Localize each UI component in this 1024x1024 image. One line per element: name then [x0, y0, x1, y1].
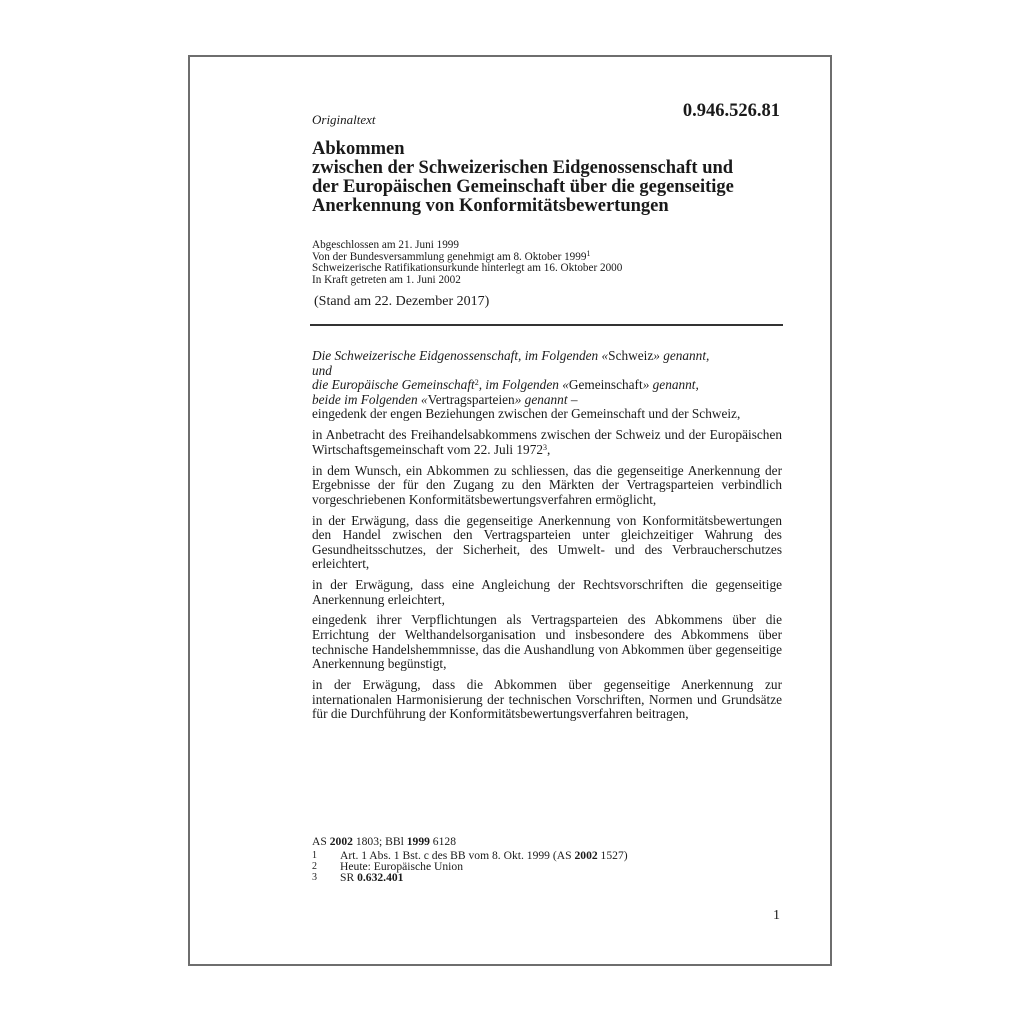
header-divider: [310, 324, 783, 326]
preamble-clause: eingedenk ihrer Verpflichtungen als Vert…: [312, 613, 782, 671]
title-line: Anerkennung von Konformitätsbewertungen: [312, 197, 734, 216]
original-text-label: Originaltext: [312, 112, 376, 128]
party-2: die Europäische Gemeinschaft2, im Folgen…: [312, 378, 782, 393]
parties-definition: beide im Folgenden «Vertragsparteien» ge…: [312, 393, 782, 408]
title-line: zwischen der Schweizerischen Eidgenossen…: [312, 159, 734, 178]
sr-number: 0.946.526.81: [683, 101, 780, 122]
and-connector: und: [312, 364, 782, 379]
title-line: der Europäischen Gemeinschaft über die g…: [312, 178, 734, 197]
preamble-clause: in der Erwägung, dass die Abkommen über …: [312, 678, 782, 722]
party-1: Die Schweizerische Eidgenossenschaft, im…: [312, 349, 782, 364]
page-number: 1: [773, 908, 780, 924]
footnotes: AS 2002 1803; BBl 1999 6128 1Art. 1 Abs.…: [312, 836, 628, 883]
source-reference: AS 2002 1803; BBl 1999 6128: [312, 836, 628, 848]
status-date: (Stand am 22. Dezember 2017): [314, 294, 489, 310]
preamble-clause: in dem Wunsch, ein Abkommen zu schliesse…: [312, 464, 782, 508]
preamble-clause: in der Erwägung, dass die gegenseitige A…: [312, 514, 782, 572]
document-title: Abkommen zwischen der Schweizerischen Ei…: [312, 140, 734, 216]
preamble-clause: eingedenk der engen Beziehungen zwischen…: [312, 407, 782, 422]
title-line: Abkommen: [312, 140, 734, 159]
preamble-clause: in der Erwägung, dass eine Angleichung d…: [312, 578, 782, 607]
footnote: 3SR 0.632.401: [312, 872, 628, 883]
footnote-ref[interactable]: 1: [586, 249, 590, 258]
preamble: Die Schweizerische Eidgenossenschaft, im…: [312, 349, 782, 728]
preamble-clause: in Anbetracht des Freihandelsabkommens z…: [312, 428, 782, 457]
document-metadata: Abgeschlossen am 21. Juni 1999 Von der B…: [312, 240, 622, 286]
in-force-date: In Kraft getreten am 1. Juni 2002: [312, 275, 622, 287]
